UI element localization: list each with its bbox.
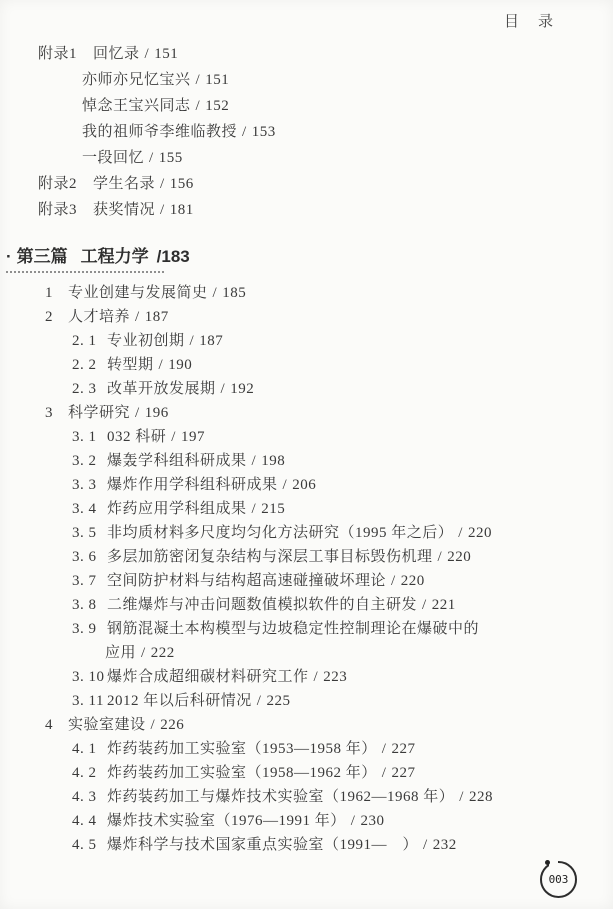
entry-title: 爆炸科学与技术国家重点实验室（1991— ） [107,837,418,853]
entry-title: 我的祖师爷李维临教授 [82,124,237,140]
entry-number: 3. 1 [72,425,107,449]
toc-row: 1专业创建与发展简史/185 [0,281,613,305]
page-number-badge: 003 [540,861,577,898]
entry-page: 192 [230,381,254,397]
page-title: 目 录 [504,10,555,31]
entry-title: 空间防护材料与结构超高速碰撞破坏理论 [107,573,386,589]
badge-dot-icon [545,860,550,865]
entry-separator: / [377,765,392,781]
dotted-underline [6,271,164,273]
toc-row: 4. 5爆炸科学与技术国家重点实验室（1991— ）/232 [0,833,613,857]
entry-page: 155 [159,150,183,166]
entry-page: 221 [432,597,456,613]
entry-number: 4. 3 [72,785,107,809]
entry-page: 187 [199,333,223,349]
toc-row: 4. 2炸药装药加工实验室（1958—1962 年）/227 [0,761,613,785]
appendix-row: 我的祖师爷李维临教授/153 [0,119,613,145]
entry-separator: / [144,150,159,166]
entry-page: 181 [170,202,194,218]
entry-page: 185 [222,285,246,301]
section-label: 第三篇 [17,247,68,266]
entry-number: 2. 2 [72,353,107,377]
toc-row: 3. 7空间防护材料与结构超高速碰撞破坏理论/220 [0,569,613,593]
appendix-row: 一段回忆/155 [0,145,613,171]
entry-title: 科学研究 [68,405,130,421]
entry-page: 198 [261,453,285,469]
entry-number: 4. 5 [72,833,107,857]
appendix-list: 附录1回忆录/151亦师亦兄忆宝兴/151悼念王宝兴同志/152我的祖师爷李维临… [0,41,613,223]
toc-row: 3. 2爆轰学科组科研成果/198 [0,449,613,473]
entry-page: 196 [145,405,169,421]
entry-title: 爆炸技术实验室（1976—1991 年） [107,813,346,829]
entry-page: 227 [391,741,415,757]
toc-row: 4. 4爆炸技术实验室（1976—1991 年）/230 [0,809,613,833]
toc-row: 3. 6多层加筋密闭复杂结构与深层工事目标毁伤机理/220 [0,545,613,569]
section-title: 工程力学 [81,247,149,266]
entry-number: 3. 7 [72,569,107,593]
toc-row: 3. 5非均质材料多尺度均匀化方法研究（1995 年之后）/220 [0,521,613,545]
entry-page: 227 [391,765,415,781]
entry-separator: / [454,789,469,805]
entry-page: 222 [151,645,175,661]
toc-row: 3. 112012 年以后科研情况/225 [0,689,613,713]
entry-page: 226 [160,717,184,733]
entry-separator: / [155,202,170,218]
entry-number: 3. 11 [72,689,107,713]
entry-page: 232 [433,837,457,853]
entry-title: 非均质材料多尺度均匀化方法研究（1995 年之后） [107,525,453,541]
entry-title: 炸药应用学科组成果 [107,501,247,517]
entry-page: 223 [323,669,347,685]
entry-number: 3. 8 [72,593,107,617]
entry-page: 225 [266,693,290,709]
entry-number: 2. 1 [72,329,107,353]
toc-row: 2. 2转型期/190 [0,353,613,377]
entry-title: 回忆录 [93,46,140,62]
entry-separator: / [386,573,401,589]
entry-number: 3. 6 [72,545,107,569]
section-page-number: /183 [157,247,190,266]
entry-separator: / [247,501,262,517]
toc-row: 3科学研究/196 [0,401,613,425]
entry-separator: / [278,477,293,493]
entry-separator: / [309,669,324,685]
entry-page: 152 [205,98,229,114]
entry-number: 3. 10 [72,665,107,689]
toc-page: 目 录 附录1回忆录/151亦师亦兄忆宝兴/151悼念王宝兴同志/152我的祖师… [0,0,613,909]
entry-page: 220 [468,525,492,541]
entry-title: 悼念王宝兴同志 [82,98,191,114]
appendix-row: 附录2学生名录/156 [0,171,613,197]
entry-title: 获奖情况 [93,202,155,218]
entry-page: 187 [145,309,169,325]
entry-number: 2 [45,305,68,329]
section-bullet: · [6,247,12,266]
entry-page: 190 [168,357,192,373]
page-number: 003 [549,873,569,886]
entry-separator: / [155,176,170,192]
appendix-row: 亦师亦兄忆宝兴/151 [0,67,613,93]
entry-page: 206 [292,477,316,493]
toc-row: 2. 3改革开放发展期/192 [0,377,613,401]
entry-separator: / [433,549,448,565]
toc-row: 3. 10爆炸合成超细碳材料研究工作/223 [0,665,613,689]
toc-row: 4. 3炸药装药加工与爆炸技术实验室（1962—1968 年）/228 [0,785,613,809]
entry-separator: / [247,453,262,469]
entry-title: 专业初创期 [107,333,185,349]
entry-separator: / [140,46,155,62]
toc-row: 3. 9钢筋混凝土本构模型与边坡稳定性控制理论在爆破中的 [0,617,613,641]
entry-title: 爆轰学科组科研成果 [107,453,247,469]
toc-row: 2. 1专业初创期/187 [0,329,613,353]
entry-separator: / [191,72,206,88]
entry-number: 4. 4 [72,809,107,833]
entry-number: 1 [45,281,68,305]
entry-number: 4 [45,713,68,737]
entry-page: 153 [252,124,276,140]
entry-separator: / [346,813,361,829]
entry-page: 215 [261,501,285,517]
entry-page: 228 [469,789,493,805]
appendix-label: 附录3 [38,202,77,218]
toc-row: 3. 8二维爆炸与冲击问题数值模拟软件的自主研发/221 [0,593,613,617]
entry-page: 230 [360,813,384,829]
entry-separator: / [185,333,200,349]
entry-separator: / [154,357,169,373]
entry-page: 151 [154,46,178,62]
entry-page: 197 [181,429,205,445]
entry-separator: / [453,525,468,541]
entry-number: 3. 2 [72,449,107,473]
entry-separator: / [191,98,206,114]
entry-number: 4. 2 [72,761,107,785]
entry-number: 3. 5 [72,521,107,545]
entry-page: 156 [170,176,194,192]
entry-title: 实验室建设 [68,717,146,733]
entry-title: 爆炸合成超细碳材料研究工作 [107,669,309,685]
entry-separator: / [208,285,223,301]
entry-title: 炸药装药加工实验室（1958—1962 年） [107,765,377,781]
toc-row: 3. 1032 科研/197 [0,425,613,449]
entry-separator: / [130,405,145,421]
entry-title: 炸药装药加工实验室（1953—1958 年） [107,741,377,757]
entry-separator: / [418,837,433,853]
entry-title: 转型期 [107,357,154,373]
entry-separator: / [136,645,151,661]
entry-page: 220 [447,549,471,565]
entry-number: 3. 4 [72,497,107,521]
entry-number: 3. 9 [72,617,107,641]
entry-number: 3 [45,401,68,425]
appendix-row: 附录1回忆录/151 [0,41,613,67]
entry-title: 032 科研 [107,429,166,445]
entry-separator: / [237,124,252,140]
entry-title: 亦师亦兄忆宝兴 [82,72,191,88]
appendix-row: 附录3获奖情况/181 [0,197,613,223]
toc-row: 4. 1炸药装药加工实验室（1953—1958 年）/227 [0,737,613,761]
entry-title: 爆炸作用学科组科研成果 [107,477,278,493]
entry-title: 2012 年以后科研情况 [107,693,252,709]
entry-number: 4. 1 [72,737,107,761]
entry-separator: / [146,717,161,733]
entry-separator: / [417,597,432,613]
toc-row-continuation: 应用/222 [0,641,613,665]
entry-separator: / [216,381,231,397]
toc-row: 3. 4炸药应用学科组成果/215 [0,497,613,521]
entry-separator: / [130,309,145,325]
entry-separator: / [166,429,181,445]
entry-title: 学生名录 [93,176,155,192]
entry-number: 3. 3 [72,473,107,497]
entry-separator: / [252,693,267,709]
entry-separator: / [377,741,392,757]
entry-page: 220 [401,573,425,589]
entry-title: 改革开放发展期 [107,381,216,397]
toc-entry-list: 1专业创建与发展简史/1852人才培养/1872. 1专业初创期/1872. 2… [0,281,613,857]
entry-title: 二维爆炸与冲击问题数值模拟软件的自主研发 [107,597,417,613]
appendix-label: 附录1 [38,46,77,62]
entry-title: 炸药装药加工与爆炸技术实验室（1962—1968 年） [107,789,454,805]
entry-title: 一段回忆 [82,150,144,166]
entry-number: 2. 3 [72,377,107,401]
toc-row: 2人才培养/187 [0,305,613,329]
appendix-row: 悼念王宝兴同志/152 [0,93,613,119]
appendix-label: 附录2 [38,176,77,192]
entry-title: 人才培养 [68,309,130,325]
entry-title: 专业创建与发展简史 [68,285,208,301]
entry-page: 151 [205,72,229,88]
entry-title-continued: 应用 [105,645,136,661]
toc-row: 3. 3爆炸作用学科组科研成果/206 [0,473,613,497]
entry-title: 多层加筋密闭复杂结构与深层工事目标毁伤机理 [107,549,433,565]
section-header: ·第三篇工程力学/183 [6,242,190,273]
toc-row: 4实验室建设/226 [0,713,613,737]
entry-title: 钢筋混凝土本构模型与边坡稳定性控制理论在爆破中的 [107,621,479,637]
